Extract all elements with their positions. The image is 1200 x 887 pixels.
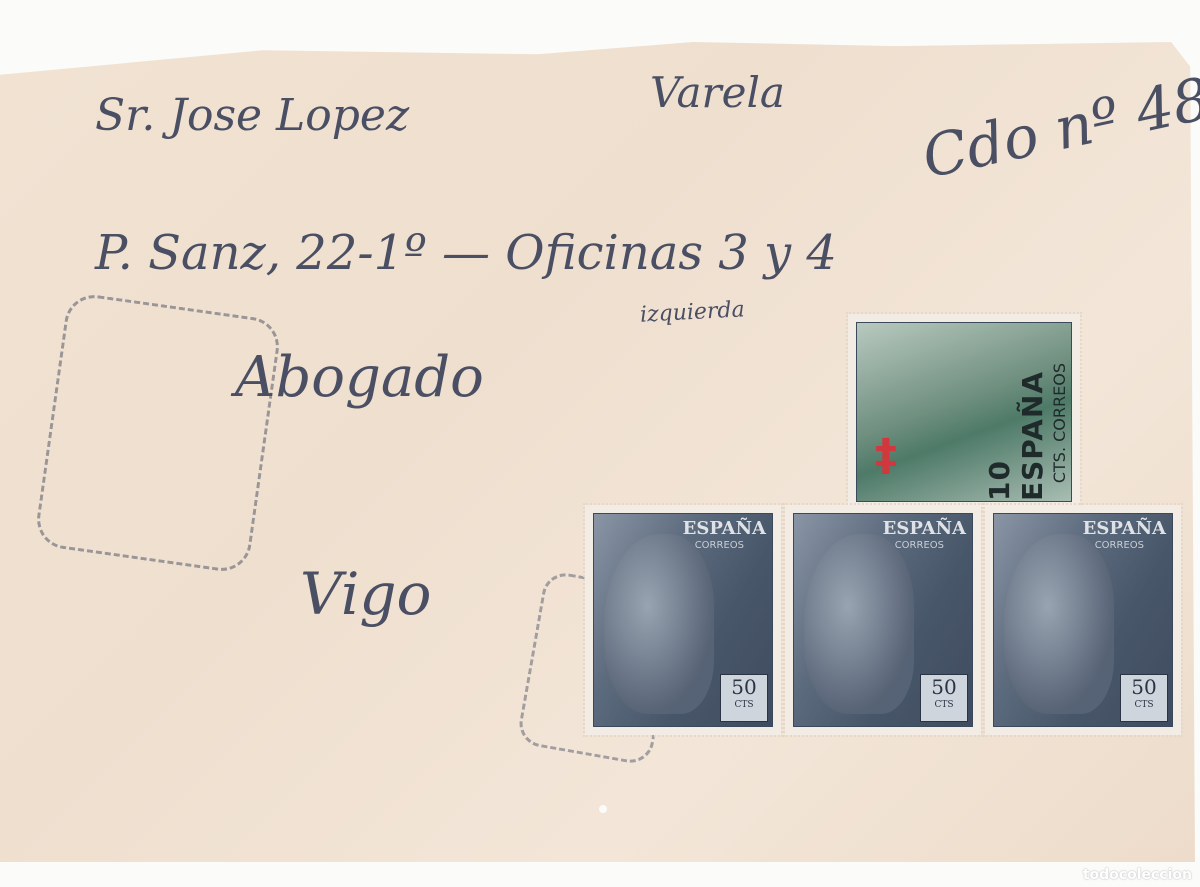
stamp-country: 10 ESPAÑA <box>983 353 1049 501</box>
portrait-icon <box>804 534 914 714</box>
street-address: P. Sanz, 22-1º — Oficinas 3 y 4 <box>95 225 837 281</box>
stamp-sub: CORREOS <box>695 540 744 551</box>
stamp-50-cts: ESPAÑA CORREOS 50CTS <box>785 505 981 735</box>
stamp-sub: CORREOS <box>1095 540 1144 551</box>
stamp-10-cts: ‡ 10 ESPAÑA CTS. CORREOS <box>848 314 1080 510</box>
stamp-country: ESPAÑA <box>1083 518 1166 539</box>
cross-of-lorraine-icon: ‡ <box>875 430 897 481</box>
recipient-name: Sr. Jose Lopez <box>95 90 409 141</box>
stamp-value: 50CTS <box>720 674 768 722</box>
stamp-sub: CORREOS <box>895 540 944 551</box>
registered-postmark <box>33 291 283 575</box>
stamp-country: ESPAÑA <box>683 518 766 539</box>
stamp-country: ESPAÑA <box>883 518 966 539</box>
punch-hole <box>599 805 607 813</box>
stamp-sub: CTS. CORREOS <box>1050 363 1069 483</box>
recipient-surname: Varela <box>650 68 785 117</box>
portrait-icon <box>1004 534 1114 714</box>
city: Vigo <box>300 560 431 628</box>
stamp-value: 50CTS <box>920 674 968 722</box>
portrait-icon <box>604 534 714 714</box>
watermark: todocoleccion <box>1083 867 1192 883</box>
stamp-50-cts: ESPAÑA CORREOS 50CTS <box>585 505 781 735</box>
stamp-value: 50CTS <box>1120 674 1168 722</box>
stamp-50-cts: ESPAÑA CORREOS 50CTS <box>985 505 1181 735</box>
recipient-profession: Abogado <box>235 345 484 410</box>
